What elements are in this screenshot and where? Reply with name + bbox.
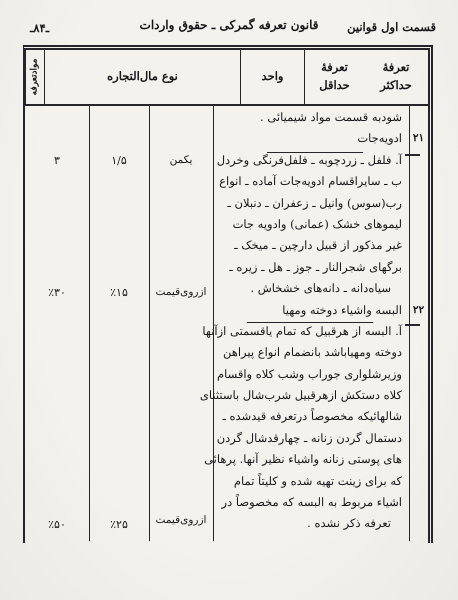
- header-tariff-min-line1: تعرفهٔ: [321, 59, 348, 77]
- goods-line: کلاه دستکش ازهرقبیل شرب‌شال باستثنای: [213, 385, 409, 406]
- goods-line: شالهائیکه مخصوصاً درتعرفه قیدشده ـ: [213, 406, 409, 427]
- header-goods-type: نوع مال‌التجاره: [44, 50, 240, 104]
- goods-line: اشیاء مربوط به البسه که مخصوصاً در: [213, 492, 409, 513]
- tariff-min-value: ٪۱۵: [89, 282, 149, 303]
- tariff-min-value: ۱/۵: [89, 150, 149, 171]
- page-number: ـ۸۴ـ: [30, 21, 49, 35]
- goods-line: تعرفه ذکر نشده .: [213, 513, 409, 534]
- item-22-heading: البسه واشیاء دوخته ومهیا: [213, 300, 409, 321]
- article-number-21: ۲۱: [409, 128, 428, 149]
- goods-line: وزیرشلواری جوراب وشب کلاه واقسام: [213, 364, 409, 385]
- unit-value: ازروی‌قیمت: [149, 510, 213, 531]
- item-21-heading-rule: [267, 152, 363, 153]
- column-divider: [149, 106, 150, 541]
- goods-line: سیاه‌دانه ـ دانه‌های خشخاش .: [213, 278, 409, 299]
- header-unit-label: واحد: [262, 68, 284, 86]
- tariff-table: تعرفهٔ حداکثر تعرفهٔ حداقل واحد نوع مال‌…: [23, 45, 433, 543]
- goods-line: که برای زینت تهیه شده و کلیتاً تمام: [213, 471, 409, 492]
- goods-line: برگهای شجرالنار ـ جوز ـ هل ـ زیره ـ: [213, 257, 409, 278]
- header-tariff-max: تعرفهٔ حداکثر: [364, 50, 428, 104]
- goods-line: رب(سوس) وانیل ـ زعفران ـ دنبلان ـ: [213, 193, 409, 214]
- goods-line: های پوستی زنانه واشیاء نظیر آنها. پرهائی: [213, 449, 409, 470]
- item-22-heading-rule: [247, 322, 373, 323]
- goods-line: آ. البسه از هرقبیل که تمام یاقسمتی ازآنه…: [213, 321, 409, 342]
- page-header: قانون تعرفه گمرکی ـ حقوق واردات قسمت اول…: [0, 18, 458, 40]
- goods-line: شودبه قسمت مواد شیمیائی .: [213, 107, 409, 128]
- goods-line: دوخته ومهیاباشد بانضمام انواع پیراهن: [213, 342, 409, 363]
- table-header-row: تعرفهٔ حداکثر تعرفهٔ حداقل واحد نوع مال‌…: [25, 50, 428, 106]
- header-tariff-min-line2: حداقل: [319, 77, 350, 95]
- header-unit: واحد: [240, 50, 304, 104]
- table-body: شودبه قسمت مواد شیمیائی . ادویه‌جات آ. ف…: [25, 106, 428, 541]
- goods-line: لیموهای خشک (عمانی) وادویه جات: [213, 214, 409, 235]
- unit-value: یکمن: [149, 150, 213, 171]
- tariff-max-value: ٪۳۰: [25, 282, 89, 303]
- article-start-tick: [405, 154, 420, 156]
- unit-value: ازروی‌قیمت: [149, 282, 213, 303]
- header-tariff-max-line2: حداکثر: [380, 77, 412, 95]
- goods-line: ب ـ سایراقسام ادویه‌جات آماده ـ انواع: [213, 171, 409, 192]
- goods-line: دستمال گردن زنانه ـ چهارقدشال گردن: [213, 428, 409, 449]
- tariff-max-value: ٪۵۰: [25, 514, 89, 535]
- column-divider: [89, 106, 90, 541]
- header-goods-label: نوع مال‌التجاره: [107, 68, 178, 86]
- goods-description-column: شودبه قسمت مواد شیمیائی . ادویه‌جات آ. ف…: [213, 106, 409, 541]
- section-title: قسمت اول قوانین: [347, 20, 436, 34]
- header-tariff-max-line1: تعرفهٔ: [383, 59, 410, 77]
- tariff-max-value: ۳: [25, 150, 89, 171]
- header-article-number: موادتعرفه: [25, 50, 44, 104]
- header-article-number-label: موادتعرفه: [28, 59, 42, 96]
- tariff-min-value: ٪۲۵: [89, 514, 149, 535]
- article-start-tick: [405, 324, 420, 326]
- item-21-heading: ادویه‌جات: [213, 128, 409, 149]
- article-number-22: ۲۲: [409, 300, 428, 321]
- header-tariff-min: تعرفهٔ حداقل: [304, 50, 364, 104]
- goods-line: غیر مذکور از قبیل دارچین ـ میخک ـ: [213, 235, 409, 256]
